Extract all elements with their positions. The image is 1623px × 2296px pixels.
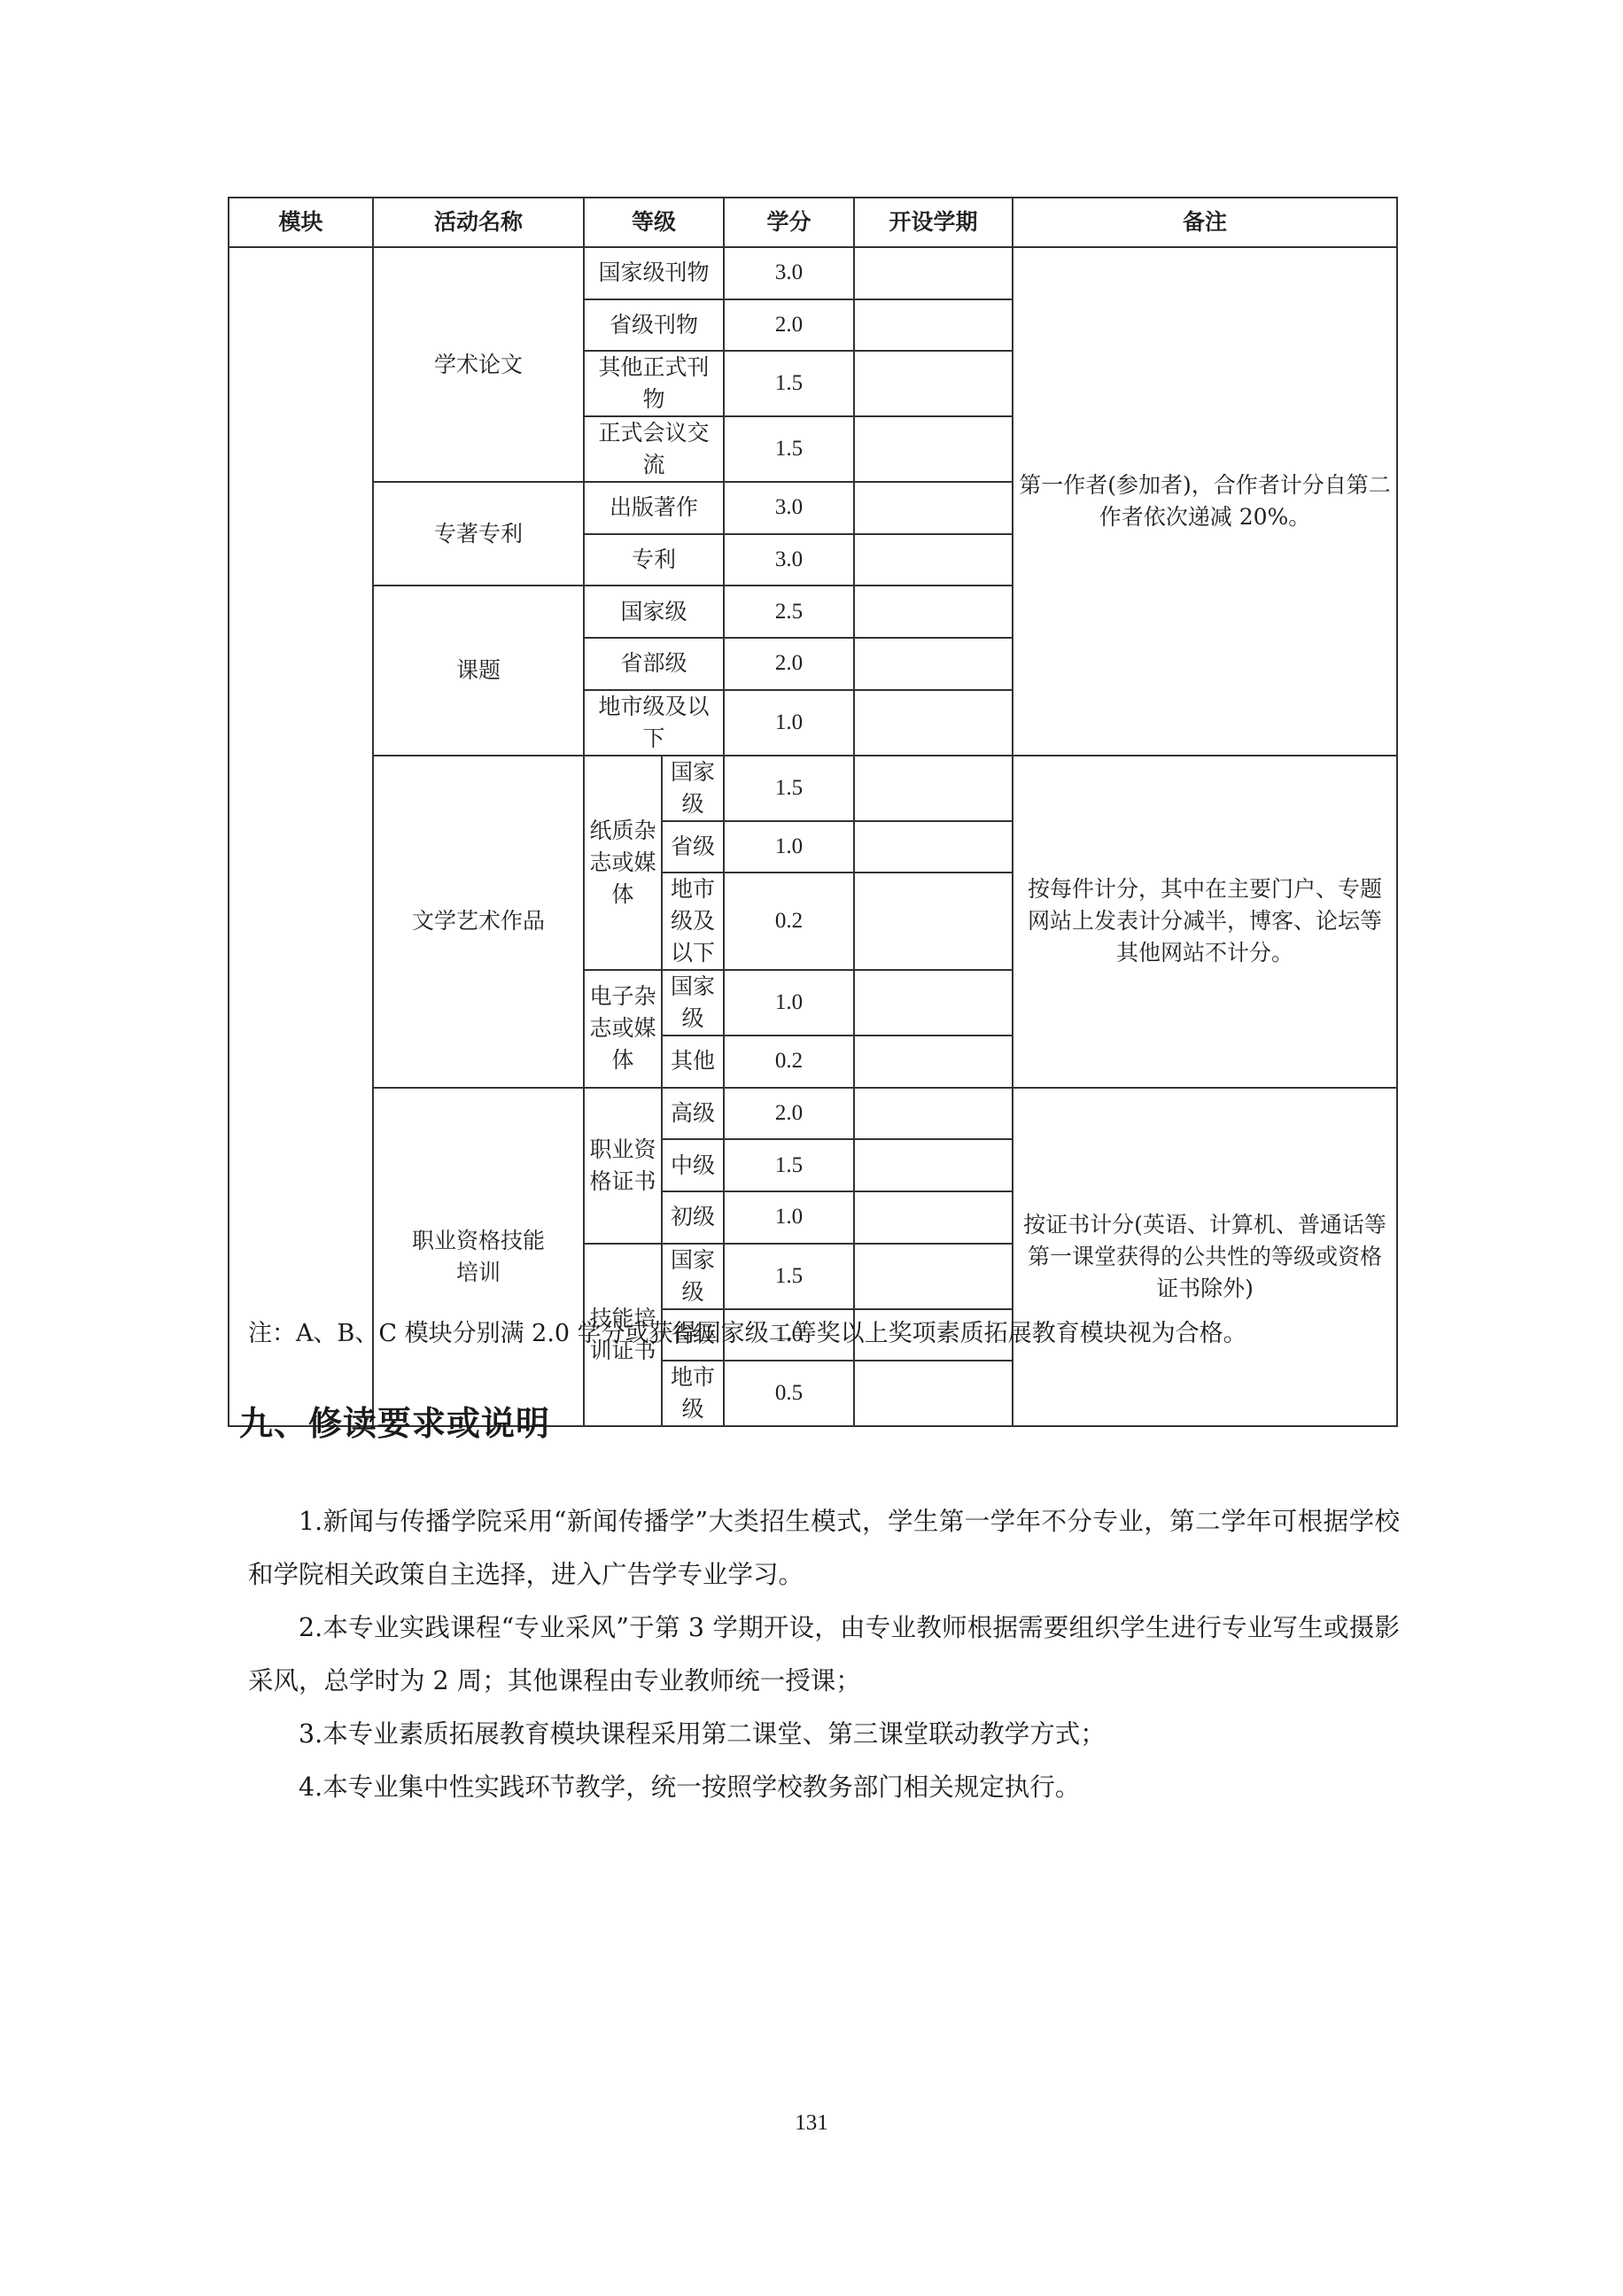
level-cell: 省部级 xyxy=(584,638,724,690)
semester-cell xyxy=(854,638,1013,690)
semester-cell xyxy=(854,247,1013,299)
activity-vocational-label: 职业资格技能培训 xyxy=(412,1228,545,1285)
credit-cell: 2.0 xyxy=(724,1088,854,1140)
semester-cell xyxy=(854,1191,1013,1244)
activity-academic-paper: 学术论文 xyxy=(373,247,584,482)
table-row: 文学艺术作品 纸质杂志或媒体 国家级 1.5 按每件计分，其中在主要门户、专题网… xyxy=(229,756,1397,821)
table-header-row: 模块 活动名称 等级 学分 开设学期 备注 xyxy=(229,198,1397,247)
semester-cell xyxy=(854,1244,1013,1309)
table-footnote: 注：A、B、C 模块分别满 2.0 学分或获得国家级二等奖以上奖项素质拓展教育模… xyxy=(248,1309,1400,1359)
semester-cell xyxy=(854,351,1013,416)
paragraph: 1.新闻与传播学院采用“新闻传播学”大类招生模式，学生第一学年不分专业，第二学年… xyxy=(248,1495,1400,1602)
credit-cell: 1.5 xyxy=(724,1139,854,1191)
header-module: 模块 xyxy=(229,198,373,247)
semester-cell xyxy=(854,416,1013,482)
credit-cell: 3.0 xyxy=(724,534,854,586)
credit-cell: 1.5 xyxy=(724,416,854,482)
credit-cell: 1.0 xyxy=(724,1191,854,1244)
semester-cell xyxy=(854,690,1013,756)
credit-cell: 1.5 xyxy=(724,756,854,821)
level-cell: 国家级 xyxy=(662,970,724,1036)
activity-literary-art: 文学艺术作品 xyxy=(373,756,584,1088)
remark-authorship: 第一作者(参加者)，合作者计分自第二作者依次递减 20%。 xyxy=(1013,247,1397,756)
credit-cell: 0.5 xyxy=(724,1361,854,1426)
level-cell: 出版著作 xyxy=(584,482,724,534)
header-level: 等级 xyxy=(584,198,724,247)
level-cell: 国家级 xyxy=(584,586,724,638)
level-cell: 国家级刊物 xyxy=(584,247,724,299)
section-body: 1.新闻与传播学院采用“新闻传播学”大类招生模式，学生第一学年不分专业，第二学年… xyxy=(248,1495,1400,1814)
subcategory-print-media: 纸质杂志或媒体 xyxy=(584,756,662,971)
header-semester: 开设学期 xyxy=(854,198,1013,247)
document-page: 模块 活动名称 等级 学分 开设学期 备注 学术论文 国家级刊物 3.0 第一作… xyxy=(0,0,1623,2296)
semester-cell xyxy=(854,1361,1013,1426)
semester-cell xyxy=(854,299,1013,352)
credit-table: 模块 活动名称 等级 学分 开设学期 备注 学术论文 国家级刊物 3.0 第一作… xyxy=(228,197,1398,1427)
level-cell: 其他正式刊物 xyxy=(584,351,724,416)
level-cell: 其他 xyxy=(662,1036,724,1088)
level-cell: 中级 xyxy=(662,1139,724,1191)
credit-cell: 1.5 xyxy=(724,1244,854,1309)
table-row: 学术论文 国家级刊物 3.0 第一作者(参加者)，合作者计分自第二作者依次递减 … xyxy=(229,247,1397,299)
header-activity: 活动名称 xyxy=(373,198,584,247)
credit-cell: 2.0 xyxy=(724,638,854,690)
activity-research-project: 课题 xyxy=(373,586,584,755)
table-row: 职业资格技能培训 职业资格证书 高级 2.0 按证书计分(英语、计算机、普通话等… xyxy=(229,1088,1397,1140)
level-cell: 省级刊物 xyxy=(584,299,724,352)
paragraph: 2.本专业实践课程“专业采风”于第 3 学期开设，由专业教师根据需要组织学生进行… xyxy=(248,1602,1400,1708)
credit-cell: 1.0 xyxy=(724,821,854,873)
semester-cell xyxy=(854,1088,1013,1140)
credit-cell: 1.0 xyxy=(724,970,854,1036)
remark-certificate: 按证书计分(英语、计算机、普通话等第一课堂获得的公共性的等级或资格证书除外) xyxy=(1013,1088,1397,1426)
activity-vocational: 职业资格技能培训 xyxy=(373,1088,584,1426)
level-cell: 国家级 xyxy=(662,1244,724,1309)
section-heading: 九、修读要求或说明 xyxy=(239,1401,550,1446)
credit-cell: 3.0 xyxy=(724,247,854,299)
module-cell xyxy=(229,247,373,1426)
level-cell: 正式会议交流 xyxy=(584,416,724,482)
credit-cell: 2.0 xyxy=(724,299,854,352)
semester-cell xyxy=(854,756,1013,821)
credit-cell: 0.2 xyxy=(724,1036,854,1088)
paragraph: 4.本专业集中性实践环节教学，统一按照学校教务部门相关规定执行。 xyxy=(248,1761,1400,1814)
page-number: 131 xyxy=(0,2111,1623,2136)
paragraph: 3.本专业素质拓展教育模块课程采用第二课堂、第三课堂联动教学方式； xyxy=(248,1708,1400,1761)
header-remark: 备注 xyxy=(1013,198,1397,247)
semester-cell xyxy=(854,586,1013,638)
remark-literary: 按每件计分，其中在主要门户、专题网站上发表计分减半，博客、论坛等其他网站不计分。 xyxy=(1013,756,1397,1088)
credit-cell: 1.5 xyxy=(724,351,854,416)
level-cell: 初级 xyxy=(662,1191,724,1244)
level-cell: 高级 xyxy=(662,1088,724,1140)
subcategory-electronic-media: 电子杂志或媒体 xyxy=(584,970,662,1088)
credit-cell: 3.0 xyxy=(724,482,854,534)
semester-cell xyxy=(854,970,1013,1036)
activity-monograph-patent: 专著专利 xyxy=(373,482,584,586)
semester-cell xyxy=(854,534,1013,586)
level-cell: 地市级及以下 xyxy=(662,873,724,970)
semester-cell xyxy=(854,1139,1013,1191)
credit-cell: 0.2 xyxy=(724,873,854,970)
level-cell: 专利 xyxy=(584,534,724,586)
semester-cell xyxy=(854,873,1013,970)
level-cell: 国家级 xyxy=(662,756,724,821)
level-cell: 地市级及以下 xyxy=(584,690,724,756)
semester-cell xyxy=(854,1036,1013,1088)
level-cell: 地市级 xyxy=(662,1361,724,1426)
level-cell: 省级 xyxy=(662,821,724,873)
semester-cell xyxy=(854,821,1013,873)
credit-cell: 2.5 xyxy=(724,586,854,638)
semester-cell xyxy=(854,482,1013,534)
credit-cell: 1.0 xyxy=(724,690,854,756)
header-credit: 学分 xyxy=(724,198,854,247)
subcategory-vocational-certificate: 职业资格证书 xyxy=(584,1088,662,1244)
